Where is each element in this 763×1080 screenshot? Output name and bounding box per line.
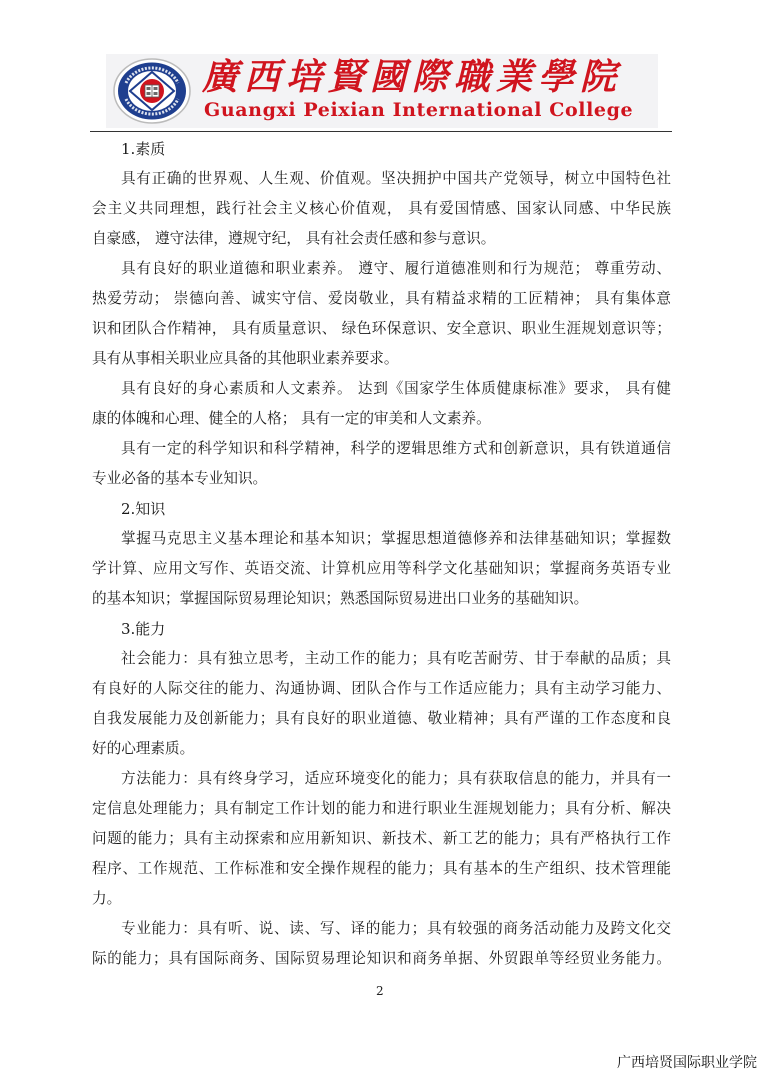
text-line: 会主义共同理想，践行社会主义核心价值观， 具有爱国情感、国家认同感、中华民族 xyxy=(92,194,671,224)
text-line: 学计算、应用文写作、英语交流、计算机应用等科学文化基础知识；掌握商务英语专业 xyxy=(92,554,671,584)
text-line: 定信息处理能力；具有制定工作计划的能力和进行职业生涯规划能力；具有分析、解决 xyxy=(92,794,671,824)
text-line: 社会能力：具有独立思考，主动工作的能力；具有吃苦耐劳、甘于奉献的品质；具 xyxy=(92,644,671,674)
college-name-chinese: 廣西培賢國際職業學院 xyxy=(202,56,622,98)
text-line: 好的心理素质。 xyxy=(92,734,671,764)
document-body: 1.素质 具有正确的世界观、人生观、价值观。坚决拥护中国共产党领导，树立中国特色… xyxy=(92,134,671,974)
footer-college-name: 广西培贤国际职业学院 xyxy=(617,1052,757,1072)
header-divider xyxy=(90,131,672,132)
text-line: 专业必备的基本专业知识。 xyxy=(92,464,671,494)
text-line: 自我发展能力及创新能力；具有良好的职业道德、敬业精神；具有严谨的工作态度和良 xyxy=(92,704,671,734)
text-line: 际的能力；具有国际商务、国际贸易理论知识和商务单据、外贸跟单等经贸业务能力。 xyxy=(92,944,671,974)
text-line: 掌握马克思主义基本理论和基本知识；掌握思想道德修养和法律基础知识；掌握数 xyxy=(92,524,671,554)
text-line: 具有良好的身心素质和人文素养。 达到《国家学生体质健康标准》要求， 具有健 xyxy=(92,374,671,404)
text-line: 康的体魄和心理、健全的人格； 具有一定的审美和人文素养。 xyxy=(92,404,671,434)
text-line: 自豪感， 遵守法律，遵规守纪， 具有社会责任感和参与意识。 xyxy=(92,224,671,254)
paragraph: 具有正确的世界观、人生观、价值观。坚决拥护中国共产党领导，树立中国特色社 会主义… xyxy=(92,164,671,254)
text-line: 具有从事相关职业应具备的其他职业素养要求。 xyxy=(92,344,671,374)
text-line: 专业能力：具有听、说、读、写、译的能力；具有较强的商务活动能力及跨文化交 xyxy=(92,914,671,944)
text-line: 具有正确的世界观、人生观、价值观。坚决拥护中国共产党领导，树立中国特色社 xyxy=(92,164,671,194)
college-name-english: Guangxi Peixian International College xyxy=(204,98,633,122)
text-line: 识和团队合作精神， 具有质量意识、 绿色环保意识、安全意识、职业生涯规划意识等； xyxy=(92,314,671,344)
college-emblem-icon xyxy=(112,57,192,125)
text-line: 有良好的人际交往的能力、沟通协调、团队合作与工作适应能力；具有主动学习能力、 xyxy=(92,674,671,704)
paragraph: 社会能力：具有独立思考，主动工作的能力；具有吃苦耐劳、甘于奉献的品质；具 有良好… xyxy=(92,644,671,764)
section-heading-knowledge: 2.知识 xyxy=(92,494,671,524)
paragraph: 具有良好的身心素质和人文素养。 达到《国家学生体质健康标准》要求， 具有健 康的… xyxy=(92,374,671,434)
paragraph: 具有良好的职业道德和职业素养。 遵守、履行道德准则和行为规范； 尊重劳动、 热爱… xyxy=(92,254,671,374)
paragraph: 具有一定的科学知识和科学精神，科学的逻辑思维方式和创新意识，具有铁道通信 专业必… xyxy=(92,434,671,494)
page-number: 2 xyxy=(376,984,384,998)
text-line: 问题的能力；具有主动探索和应用新知识、新技术、新工艺的能力；具有严格执行工作 xyxy=(92,824,671,854)
paragraph: 掌握马克思主义基本理论和基本知识；掌握思想道德修养和法律基础知识；掌握数 学计算… xyxy=(92,524,671,614)
section-heading-ability: 3.能力 xyxy=(92,614,671,644)
text-line: 热爱劳动； 崇德向善、诚实守信、爱岗敬业，具有精益求精的工匠精神； 具有集体意 xyxy=(92,284,671,314)
text-line: 力。 xyxy=(92,884,671,914)
text-line: 具有一定的科学知识和科学精神，科学的逻辑思维方式和创新意识，具有铁道通信 xyxy=(92,434,671,464)
paragraph: 方法能力：具有终身学习，适应环境变化的能力；具有获取信息的能力，并具有一 定信息… xyxy=(92,764,671,914)
text-line: 具有良好的职业道德和职业素养。 遵守、履行道德准则和行为规范； 尊重劳动、 xyxy=(92,254,671,284)
text-line: 的基本知识；掌握国际贸易理论知识；熟悉国际贸易进出口业务的基础知识。 xyxy=(92,584,671,614)
section-heading-quality: 1.素质 xyxy=(92,134,671,164)
text-line: 方法能力：具有终身学习，适应环境变化的能力；具有获取信息的能力，并具有一 xyxy=(92,764,671,794)
text-line: 程序、工作规范、工作标准和安全操作规程的能力；具有基本的生产组织、技术管理能 xyxy=(92,854,671,884)
header-banner: 廣西培賢國際職業學院 Guangxi Peixian International… xyxy=(106,54,658,128)
paragraph: 专业能力：具有听、说、读、写、译的能力；具有较强的商务活动能力及跨文化交 际的能… xyxy=(92,914,671,974)
